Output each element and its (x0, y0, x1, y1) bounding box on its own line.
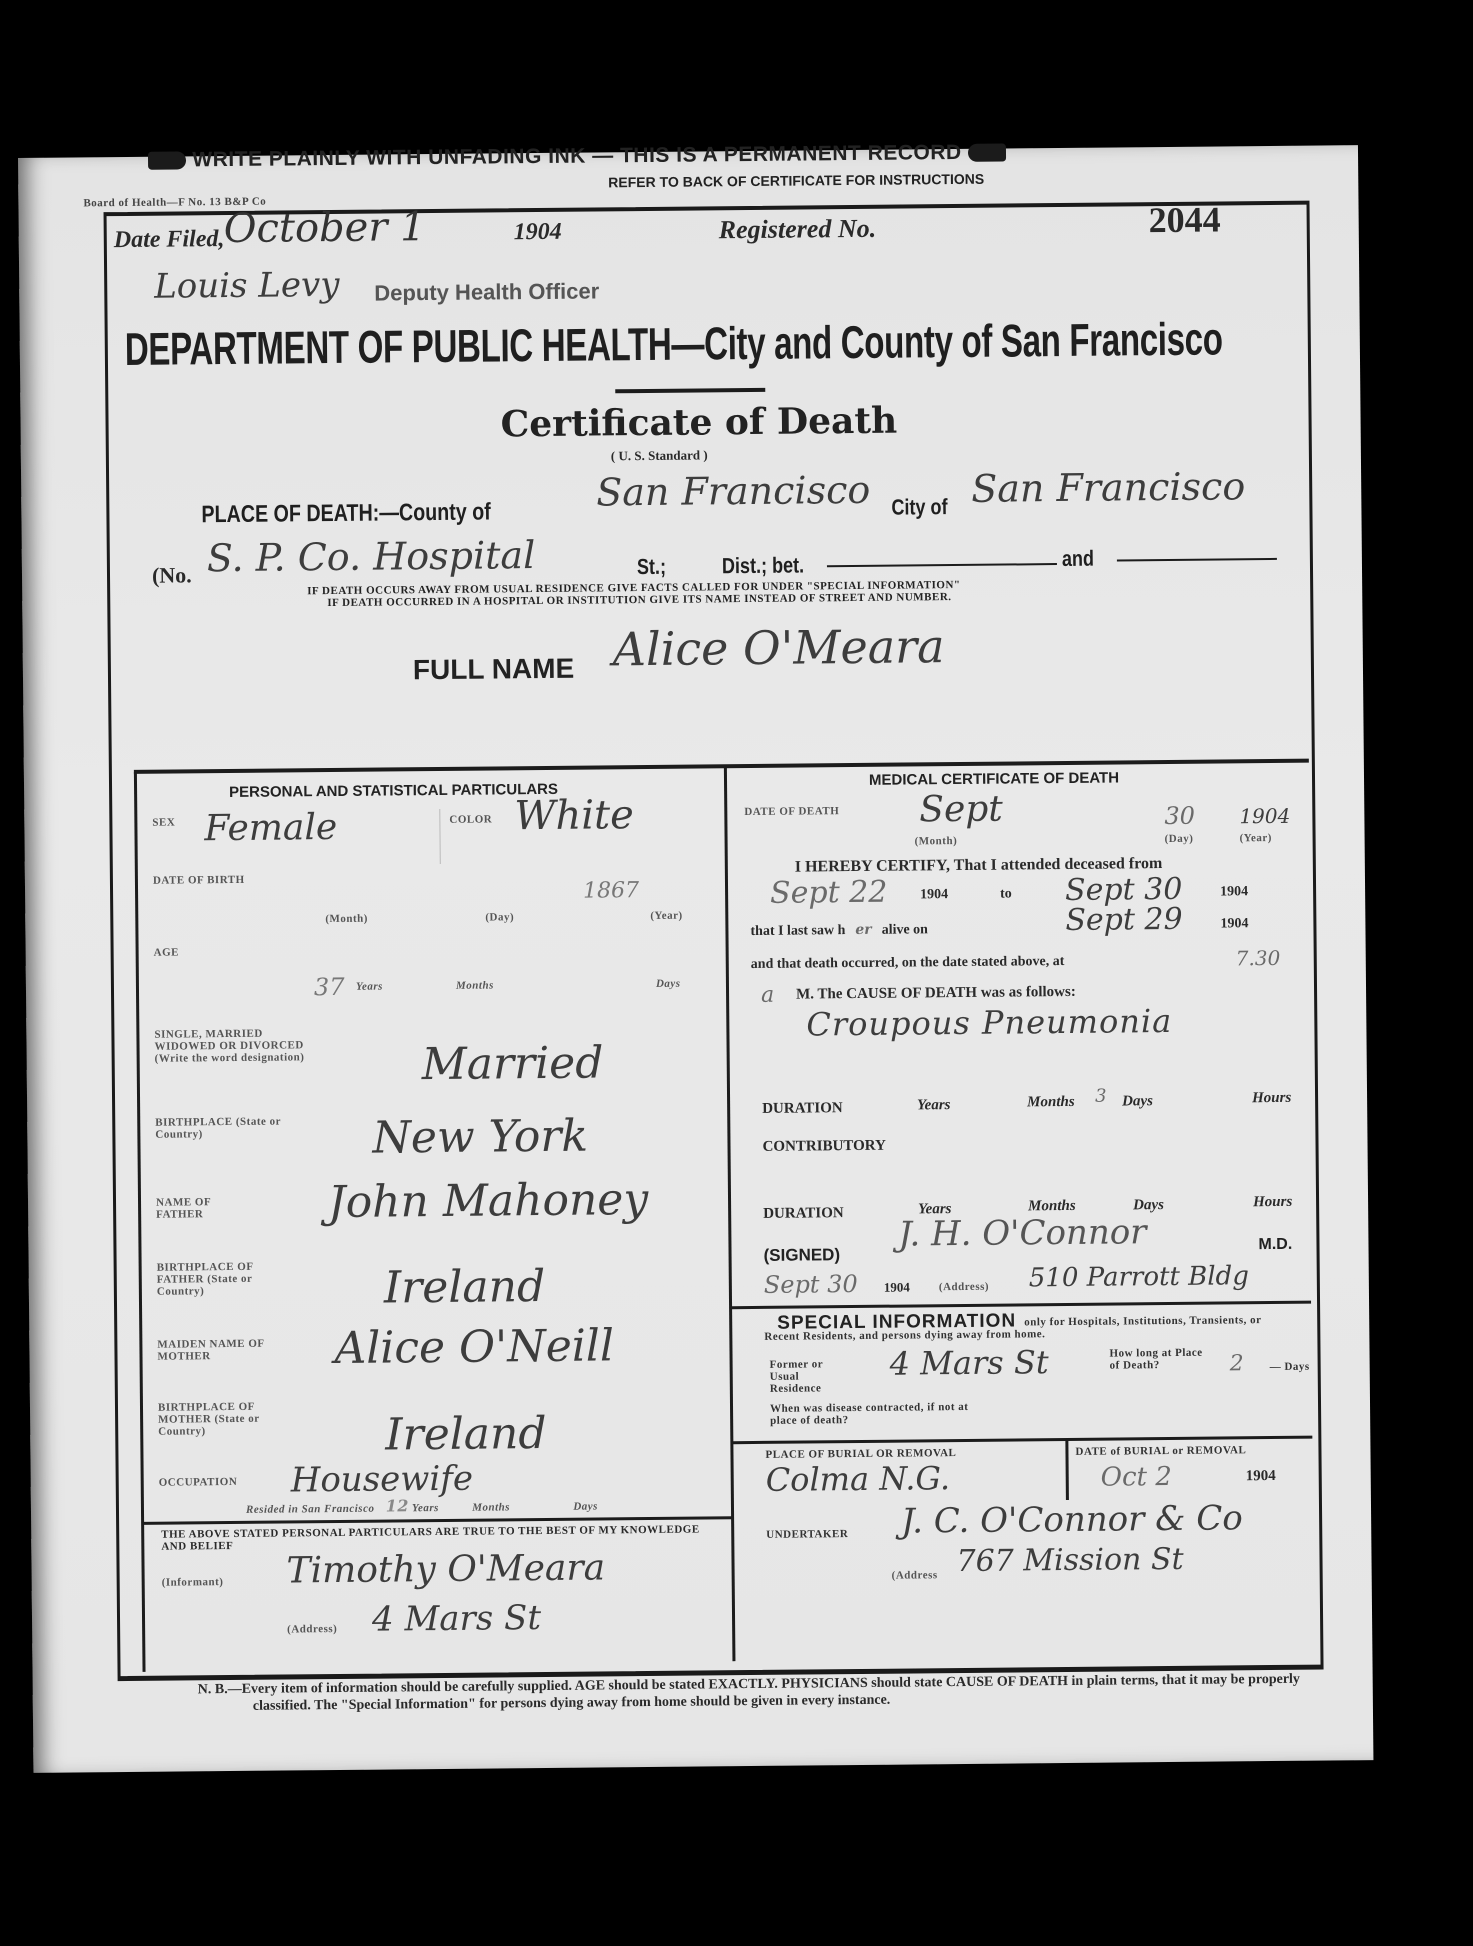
burial-year: 1904 (1246, 1468, 1276, 1485)
residence-value: 4 Mars St (889, 1343, 1048, 1383)
pointing-hand-icon (148, 152, 186, 170)
duration-days: 3 (1095, 1086, 1107, 1107)
marital-value: Married (421, 1037, 603, 1090)
residence-label: Former or Usual Residence (770, 1358, 845, 1395)
medical-address-label: (Address) (939, 1281, 989, 1293)
signed-label: (SIGNED) (763, 1245, 840, 1266)
occupation-label: OCCUPATION (159, 1476, 238, 1489)
duration-months-label: Months (1027, 1094, 1075, 1111)
dob-day-label: (Day) (485, 911, 514, 923)
filed-year: 1904 (514, 219, 562, 246)
registered-label: Registered No. (719, 214, 877, 246)
color-label: COLOR (449, 813, 492, 825)
age-years-label: Years (356, 981, 383, 993)
banner: WRITE PLAINLY WITH UNFADING INK — THIS I… (148, 141, 1006, 173)
date-filed-label: Date Filed, (114, 226, 225, 254)
dod-day: 30 (1164, 802, 1195, 830)
contracted-label: When was disease contracted, if not at p… (770, 1401, 990, 1427)
dod-year: 1904 (1239, 804, 1290, 828)
marital-label: SINGLE, MARRIED WIDOWED OR DIVORCED (Wri… (154, 1027, 314, 1065)
personal-heading: PERSONAL AND STATISTICAL PARTICULARS (229, 781, 558, 801)
md-label: M.D. (1258, 1236, 1292, 1254)
department-title: DEPARTMENT OF PUBLIC HEALTH—City and Cou… (125, 311, 1223, 376)
date-filed-value: October 1 (223, 204, 425, 252)
instructions-note: REFER TO BACK OF CERTIFICATE FOR INSTRUC… (608, 171, 984, 191)
how-long-value: 2 (1230, 1351, 1244, 1376)
street-no-value: S. P. Co. Hospital (207, 533, 536, 580)
officer-title: Deputy Health Officer (374, 278, 599, 306)
undertaker-label: UNDERTAKER (766, 1528, 848, 1541)
contributory-label: CONTRIBUTORY (762, 1138, 886, 1156)
medical-address-value: 510 Parrott Bldg (1029, 1261, 1249, 1293)
birthplace-label: BIRTHPLACE (State or Country) (155, 1115, 285, 1140)
undertaker-address-label: (Address (892, 1569, 938, 1581)
attended-from: Sept 22 (770, 875, 888, 911)
dod-year-label: (Year) (1240, 832, 1272, 844)
full-name-label: FULL NAME (413, 653, 575, 687)
signed-year: 1904 (884, 1279, 910, 1295)
medical-heading: MEDICAL CERTIFICATE OF DEATH (869, 769, 1119, 788)
informant-value: Timothy O'Meara (286, 1547, 605, 1591)
age-years: 37 (314, 973, 345, 1001)
mother-birthplace-value: Ireland (385, 1408, 547, 1461)
dob-year-label: (Year) (650, 910, 682, 922)
special-subheading: only for Hospitals, Institutions, Transi… (764, 1314, 1299, 1343)
signed-date: Sept 30 (764, 1270, 858, 1299)
duration-label: DURATION (762, 1100, 843, 1118)
color-value: White (514, 792, 634, 839)
duration2-label: DURATION (763, 1205, 844, 1223)
burial-place-value: Colma N.G. (766, 1459, 951, 1499)
birthplace-value: New York (372, 1111, 588, 1164)
signed-value: J. H. O'Connor (898, 1212, 1146, 1254)
dob-month-label: (Month) (325, 913, 368, 925)
age-months-label: Months (456, 979, 494, 991)
registered-number: 2044 (1148, 198, 1220, 241)
how-long-days: — Days (1270, 1361, 1310, 1373)
age-days-label: Days (656, 978, 681, 990)
duration-hours-label: Hours (1252, 1090, 1291, 1107)
burial-date-value: Oct 2 (1101, 1462, 1172, 1493)
dob-year: 1867 (583, 878, 639, 904)
attended-to-year: 1904 (1220, 884, 1248, 900)
dod-month-label: (Month) (915, 835, 958, 847)
father-value: John Mahoney (328, 1174, 649, 1228)
officer-signature: Louis Levy (154, 265, 340, 307)
sex-label: SEX (152, 817, 175, 829)
age-label: AGE (154, 946, 179, 958)
mother-value: Alice O'Neill (334, 1320, 614, 1374)
last-saw-year: 1904 (1220, 916, 1248, 932)
burial-date-label: DATE of BURIAL or REMOVAL (1075, 1444, 1246, 1458)
us-standard: ( U. S. Standard ) (611, 447, 708, 464)
place-of-death-label: PLACE OF DEATH:—County of (201, 498, 491, 529)
father-birthplace-value: Ireland (384, 1261, 546, 1314)
county-value: San Francisco (596, 468, 870, 515)
am-pm: a (761, 983, 774, 1008)
informant-label: (Informant) (162, 1576, 224, 1589)
last-saw-row: that I last saw heralive on (750, 921, 928, 940)
informant-address-value: 4 Mars St (372, 1598, 541, 1640)
dob-label: DATE OF BIRTH (153, 874, 245, 887)
occurred-text: and that death occurred, on the date sta… (751, 954, 1065, 973)
dod-label: DATE OF DEATH (744, 805, 839, 818)
duration-days-label: Days (1122, 1093, 1153, 1110)
duration-years-label: Years (917, 1097, 951, 1114)
mother-birthplace-label: BIRTHPLACE OF MOTHER (State or Country) (158, 1400, 288, 1437)
father-birthplace-label: BIRTHPLACE OF FATHER (State or Country) (157, 1260, 287, 1297)
city-label: City of (891, 494, 947, 521)
cause-value: Croupous Pneumonia (806, 1002, 1172, 1044)
pointing-hand-icon (968, 144, 1006, 162)
st-label: St.; (637, 554, 666, 580)
dod-day-label: (Day) (1165, 833, 1194, 845)
how-long-label: How long at Place of Death? (1109, 1347, 1204, 1372)
informant-address-label: (Address) (287, 1623, 337, 1635)
certificate-page: WRITE PLAINLY WITH UNFADING INK — THIS I… (18, 145, 1373, 1773)
city-value: San Francisco (971, 464, 1245, 511)
dod-month: Sept (919, 789, 1003, 831)
street-no-label: (No. (152, 562, 192, 588)
dist-label: Dist.; bet. (722, 552, 804, 579)
attended-from-year: 1904 (920, 887, 948, 903)
to-label: to (1000, 886, 1012, 902)
undertaker-value: J. C. O'Connor & Co (901, 1498, 1243, 1541)
cause-text: M. The CAUSE OF DEATH was as follows: (796, 984, 1076, 1004)
father-label: NAME OF FATHER (156, 1196, 236, 1221)
certificate-title: Certificate of Death (500, 400, 897, 446)
burial-divider (1065, 1440, 1069, 1500)
duration2-hours-label: Hours (1253, 1194, 1292, 1211)
sex-value: Female (204, 807, 337, 849)
occupation-value: Housewife (291, 1459, 474, 1501)
full-name-value: Alice O'Meara (612, 619, 944, 676)
death-time: 7.30 (1236, 946, 1281, 970)
mother-label: MAIDEN NAME OF MOTHER (157, 1337, 287, 1362)
and-label: and (1062, 546, 1094, 572)
last-saw-date: Sept 29 (1065, 902, 1183, 938)
undertaker-address-value: 767 Mission St (956, 1542, 1183, 1579)
